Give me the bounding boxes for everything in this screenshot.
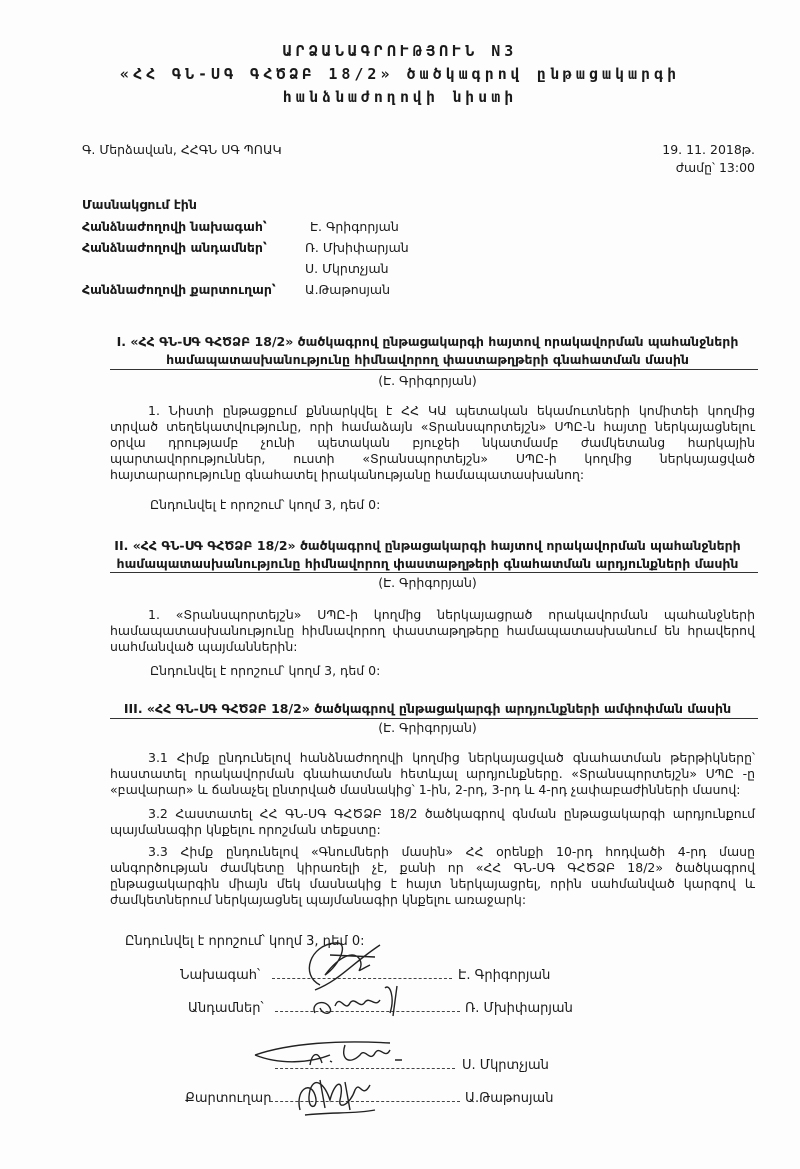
section-2-speaker: (Է. Գրիգորյան) [95,575,760,591]
section-1-heading-2: համապատասխանությունը հիմնավորող փաստաթղթ… [95,351,760,368]
document-title: ԱՐՁԱՆԱԳՐՈՒԹՅՈՒՆ N3 [0,40,800,63]
section-3-speaker: (Է. Գրիգորյան) [95,720,760,736]
section-2-heading-2: համապատասխանությունը հիմնավորող փաստաթղթ… [95,555,760,572]
section-3-paragraph-3-3: 3.3 Հիմք ընդունելով «Գնումների մասին» ՀՀ… [110,844,755,908]
sign-member-1-name: Ռ. Մխիփարյան [465,1001,573,1017]
scanned-document-page: ԱՐՁԱՆԱԳՐՈՒԹՅՈՒՆ N3 «ՀՀ ԳՆ-ՍԳ ԳՀԾՁԲ 18/2»… [0,0,800,1169]
meeting-location: Գ. Մերձավան, ՀՀԳՆ ՍԳ ՊՈԱԿ [82,142,282,158]
section-1-speaker: (Է. Գրիգորյան) [95,373,760,389]
sign-members-label: Անդամներ՝ [188,1001,264,1017]
section-divider [110,369,758,370]
section-1-paragraph: 1. Նիստի ընթացքում քննարկվել է ՀՀ ԿԱ պետ… [110,403,755,483]
section-3-heading: III. «ՀՀ ԳՆ-ՍԳ ԳՀԾՁԲ 18/2» ծածկագրով ընթ… [95,700,760,717]
chair-name: Է. Գրիգորյան [310,219,399,235]
members-label: Հանձնաժողովի անդամներ՝ [82,240,267,256]
member-name: Ս. Մկրտչյան [305,261,389,277]
section-2-paragraph: 1. «Տրանսպորտեյշն» ՍՊԸ-ի կողմից ներկայաց… [110,607,755,655]
participants-heading: Մասնակցում էին [82,197,197,213]
section-2-decision: Ընդունվել է որոշում՝ կողմ 3, դեմ 0: [150,663,380,679]
document-subtitle-2: հանձնաժողովի նիստի [0,86,800,109]
secretary-name: Ա.Թաթոսյան [305,282,390,298]
signature-secretary-icon [290,1070,390,1120]
sign-chair-label: Նախագահ՝ [180,968,260,984]
secretary-label: Հանձնաժողովի քարտուղար՝ [82,282,276,298]
sign-secretary-name: Ա.Թաթոսյան [465,1091,553,1107]
sign-secretary-label: Քարտուղար [185,1091,271,1107]
signature-member-1-icon [305,978,425,1023]
section-divider [110,572,758,573]
document-subtitle: «ՀՀ ԳՆ-ՍԳ ԳՀԾՁԲ 18/2» ծածկագրով ընթացակա… [0,63,800,86]
sign-chair-name: Է. Գրիգորյան [458,968,550,984]
section-3-paragraph-3-2: 3.2 Հաստատել ՀՀ ԳՆ-ՍԳ ԳՀԾՁԲ 18/2 ծածկագր… [110,806,755,838]
meeting-time: ժամը՝ 13:00 [650,160,755,176]
section-1-decision: Ընդունվել է որոշում՝ կողմ 3, դեմ 0: [150,497,380,513]
member-name: Ռ. Մխիփարյան [305,240,409,256]
section-divider [110,718,758,719]
sign-member-2-name: Ս. Մկրտչյան [462,1058,549,1074]
meeting-date: 19. 11. 2018թ. [650,142,755,158]
signature-member-2-icon [250,1035,420,1075]
section-1-heading: I. «ՀՀ ԳՆ-ՍԳ ԳՀԾՁԲ 18/2» ծածկագրով ընթաց… [95,333,760,350]
section-3-paragraph-3-1: 3.1 Հիմք ընդունելով հանձնաժողովի կողմից … [110,750,755,798]
section-2-heading: II. «ՀՀ ԳՆ-ՍԳ ԳՀԾՁԲ 18/2» ծածկագրով ընթա… [95,537,760,554]
chair-label: Հանձնաժողովի նախագահ՝ [82,219,267,235]
